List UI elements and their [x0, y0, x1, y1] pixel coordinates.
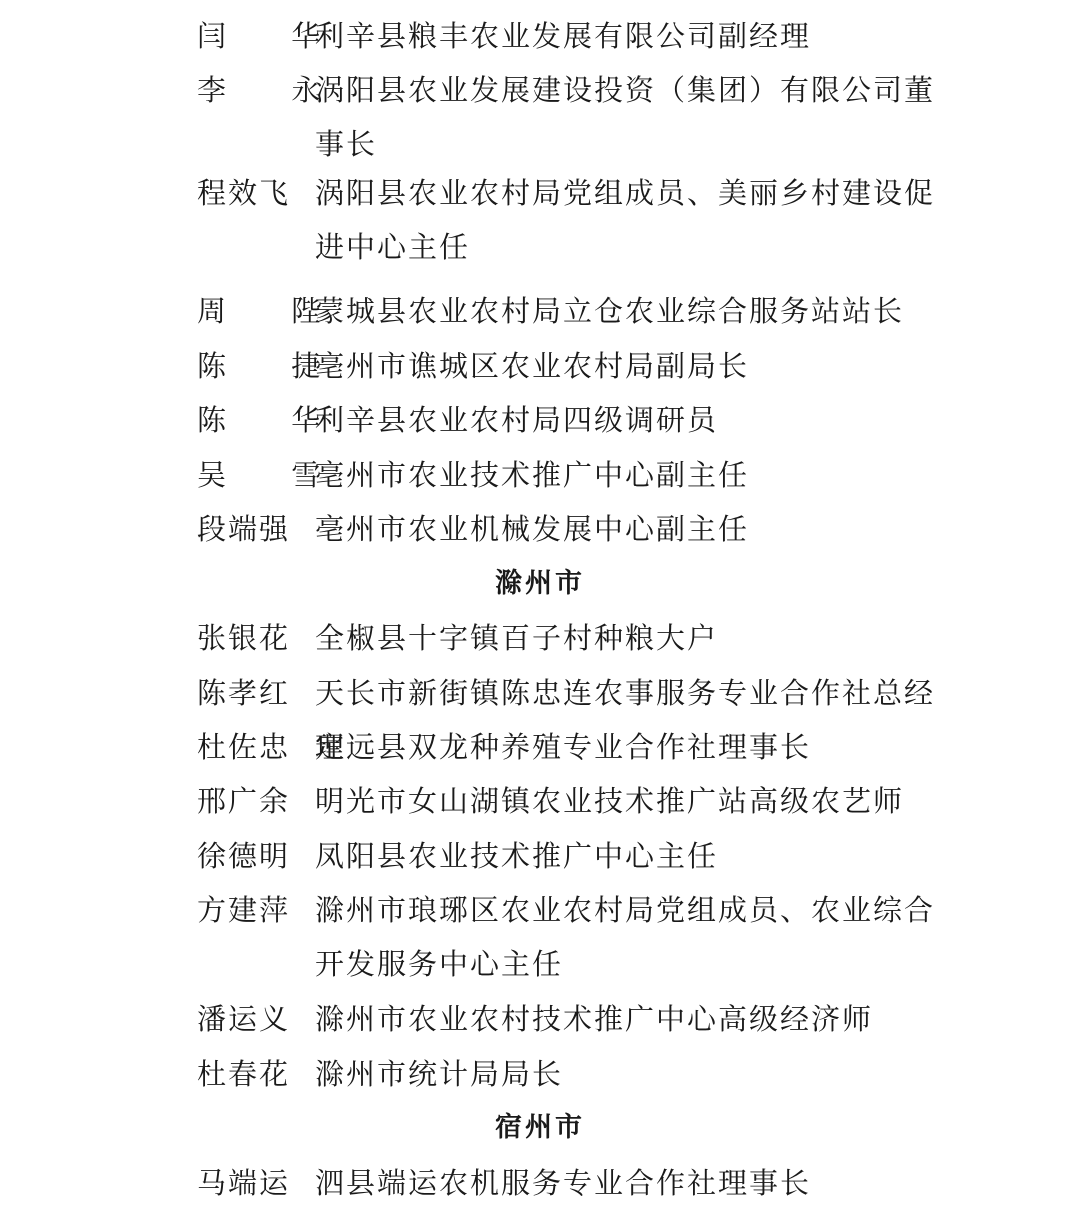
- section-heading-suzhou: 宿州市: [0, 1101, 1080, 1155]
- section-heading-chuzhou: 滁州市: [0, 557, 1080, 611]
- person-title: 涡阳县农业发展建设投资（集团）有限公司董事长: [315, 63, 945, 171]
- person-title: 明光市女山湖镇农业技术推广站高级农艺师: [315, 774, 945, 828]
- person-title: 亳州市农业机械发展中心副主任: [315, 502, 945, 556]
- person-name: 李 永: [197, 63, 297, 117]
- person-name: 吴 雪: [197, 448, 297, 502]
- person-name: 杜佐忠: [197, 720, 297, 774]
- person-name: 杜春花: [197, 1047, 297, 1101]
- person-name: 程效飞: [197, 166, 297, 220]
- person-name: 闫 华: [197, 9, 297, 63]
- person-name: 陈孝红: [197, 666, 297, 720]
- person-title: 定远县双龙种养殖专业合作社理事长: [315, 720, 945, 774]
- person-title: 亳州市农业技术推广中心副主任: [315, 448, 945, 502]
- person-title: 全椒县十字镇百子村种粮大户: [315, 611, 945, 665]
- person-title: 凤阳县农业技术推广中心主任: [315, 829, 945, 883]
- person-title: 亳州市谯城区农业农村局副局长: [315, 339, 945, 393]
- person-title: 滁州市琅琊区农业农村局党组成员、农业综合开发服务中心主任: [315, 883, 945, 991]
- document-page: 闫 华 利辛县粮丰农业发展有限公司副经理 李 永 涡阳县农业发展建设投资（集团）…: [0, 0, 1080, 1211]
- person-name: 张银花: [197, 611, 297, 665]
- person-name: 潘运义: [197, 992, 297, 1046]
- person-name: 段端强: [197, 502, 297, 556]
- person-title: 滁州市农业农村技术推广中心高级经济师: [315, 992, 945, 1046]
- person-title: 利辛县农业农村局四级调研员: [315, 393, 945, 447]
- person-name: 邢广余: [197, 774, 297, 828]
- person-title: 蒙城县农业农村局立仓农业综合服务站站长: [315, 284, 945, 338]
- person-title: 泗县端运农机服务专业合作社理事长: [315, 1156, 945, 1210]
- person-title: 滁州市统计局局长: [315, 1047, 945, 1101]
- person-name: 徐德明: [197, 829, 297, 883]
- person-title: 利辛县粮丰农业发展有限公司副经理: [315, 9, 945, 63]
- person-title: 涡阳县农业农村局党组成员、美丽乡村建设促进中心主任: [315, 166, 945, 274]
- person-name: 陈 捷: [197, 339, 297, 393]
- person-name: 周 陛: [197, 284, 297, 338]
- person-name: 方建萍: [197, 883, 297, 937]
- person-name: 陈 华: [197, 393, 297, 447]
- person-name: 马端运: [197, 1156, 297, 1210]
